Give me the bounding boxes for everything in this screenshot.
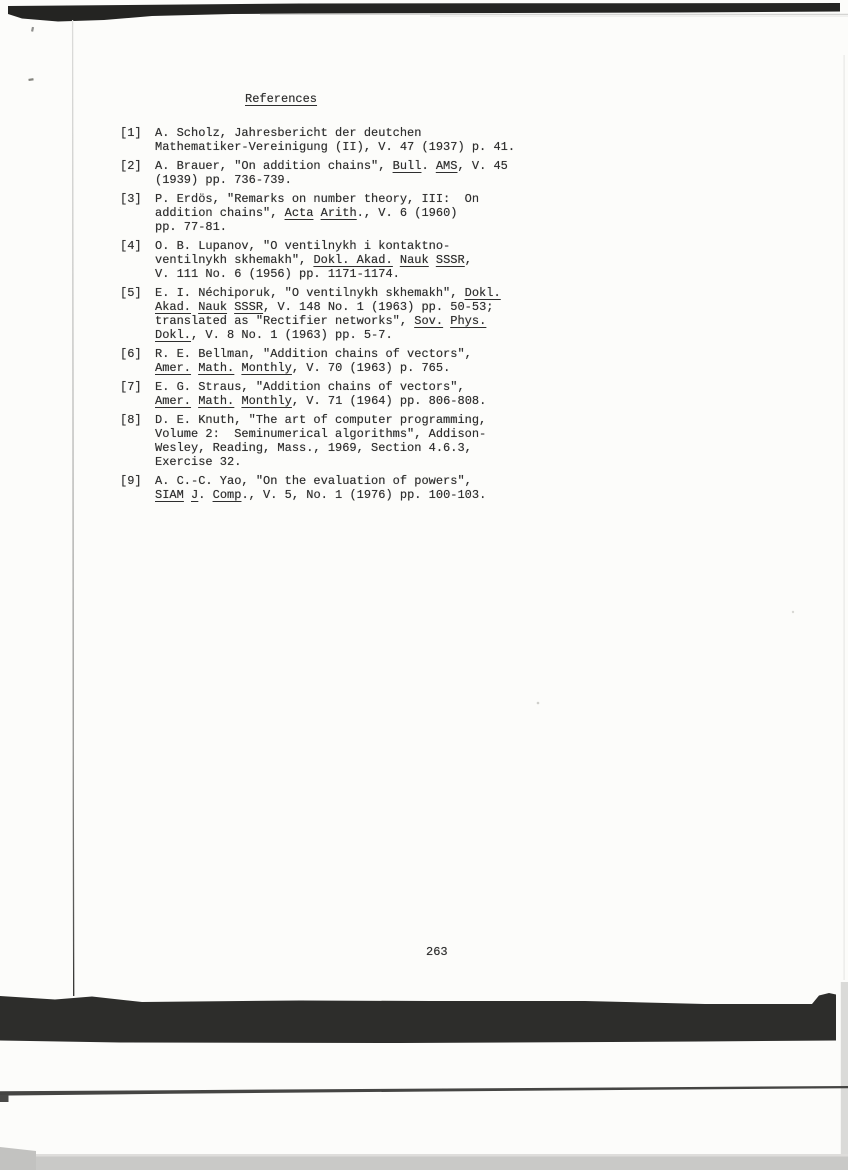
reference-line: Dokl., V. 8 No. 1 (1963) pp. 5-7. (155, 328, 600, 342)
reference-entry: [2]A. Brauer, "On addition chains", Bull… (120, 159, 600, 187)
reference-text-segment (184, 488, 191, 502)
reference-text-segment: pp. 77-81. (155, 220, 227, 234)
reference-label: [8] (120, 413, 155, 469)
reference-text-segment: Nauk (400, 253, 429, 267)
reference-label: [4] (120, 239, 155, 281)
reference-body: R. E. Bellman, "Addition chains of vecto… (155, 347, 600, 375)
reference-text-segment: Dokl. (465, 286, 501, 300)
reference-body: E. G. Straus, "Addition chains of vector… (155, 380, 600, 408)
reference-label: [6] (120, 347, 155, 375)
reference-text-segment: Arith (321, 206, 357, 220)
reference-text-segment: . (198, 488, 212, 502)
reference-text-segment: R. E. Bellman, "Addition chains of vecto… (155, 347, 472, 361)
page-title: References (245, 92, 317, 106)
reference-text-segment: P. Erdös, "Remarks on number theory, III… (155, 192, 479, 206)
reference-text-segment: translated as "Rectifier networks", (155, 314, 414, 328)
page-number: 263 (426, 945, 448, 959)
reference-line: Mathematiker-Vereinigung (II), V. 47 (19… (155, 140, 600, 154)
reference-text-segment: Amer. (155, 361, 191, 375)
reference-text-segment (393, 253, 400, 267)
scanned-page: References [1]A. Scholz, Jahresbericht d… (0, 0, 848, 1170)
reference-line: Volume 2: Seminumerical algorithms", Add… (155, 427, 600, 441)
reference-entry: [9]A. C.-C. Yao, "On the evaluation of p… (120, 474, 600, 502)
reference-text-segment: Math. (198, 361, 234, 375)
reference-body: P. Erdös, "Remarks on number theory, III… (155, 192, 600, 234)
reference-text-segment: addition chains", (155, 206, 285, 220)
reference-text-segment: AMS (436, 159, 458, 173)
reference-label: [9] (120, 474, 155, 502)
reference-line: O. B. Lupanov, "O ventilnykh i kontaktno… (155, 239, 600, 253)
reference-text-segment: Volume 2: Seminumerical algorithms", Add… (155, 427, 486, 441)
reference-entry: [6]R. E. Bellman, "Addition chains of ve… (120, 347, 600, 375)
reference-text-segment: ., V. 5, No. 1 (1976) pp. 100-103. (241, 488, 486, 502)
reference-body: A. Scholz, Jahresbericht der deutchenMat… (155, 126, 600, 154)
reference-text-segment: E. G. Straus, "Addition chains of vector… (155, 380, 465, 394)
reference-entry: [1]A. Scholz, Jahresbericht der deutchen… (120, 126, 600, 154)
reference-text-segment: Amer. (155, 394, 191, 408)
reference-text-segment: , V. 71 (1964) pp. 806-808. (292, 394, 486, 408)
reference-text-segment (429, 253, 436, 267)
reference-line: D. E. Knuth, "The art of computer progra… (155, 413, 600, 427)
reference-text-segment: SSSR (234, 300, 263, 314)
reference-line: R. E. Bellman, "Addition chains of vecto… (155, 347, 600, 361)
reference-text-segment: (1939) pp. 736-739. (155, 173, 292, 187)
reference-line: Akad. Nauk SSSR, V. 148 No. 1 (1963) pp.… (155, 300, 600, 314)
page-content: References [1]A. Scholz, Jahresbericht d… (0, 0, 848, 1170)
reference-text-segment: A. C.-C. Yao, "On the evaluation of powe… (155, 474, 472, 488)
reference-line: translated as "Rectifier networks", Sov.… (155, 314, 600, 328)
reference-line: (1939) pp. 736-739. (155, 173, 600, 187)
reference-entry: [8]D. E. Knuth, "The art of computer pro… (120, 413, 600, 469)
reference-text-segment: ., V. 6 (1960) (357, 206, 458, 220)
reference-text-segment: Sov. (414, 314, 443, 328)
reference-text-segment: Math. (198, 394, 234, 408)
reference-body: E. I. Néchiporuk, "O ventilnykh skhemakh… (155, 286, 600, 342)
reference-line: Wesley, Reading, Mass., 1969, Section 4.… (155, 441, 600, 455)
reference-text-segment: . (421, 159, 435, 173)
reference-line: E. I. Néchiporuk, "O ventilnykh skhemakh… (155, 286, 600, 300)
reference-text-segment: , V. 148 No. 1 (1963) pp. 50-53; (263, 300, 493, 314)
reference-line: addition chains", Acta Arith., V. 6 (196… (155, 206, 600, 220)
reference-body: A. C.-C. Yao, "On the evaluation of powe… (155, 474, 600, 502)
reference-label: [5] (120, 286, 155, 342)
reference-text-segment: Monthly (241, 361, 291, 375)
reference-text-segment: Acta (285, 206, 314, 220)
reference-line: A. Scholz, Jahresbericht der deutchen (155, 126, 600, 140)
reference-text-segment: , V. 45 (457, 159, 507, 173)
reference-text-segment: Comp (213, 488, 242, 502)
reference-line: Exercise 32. (155, 455, 600, 469)
reference-label: [3] (120, 192, 155, 234)
reference-text-segment: Mathematiker-Vereinigung (II), V. 47 (19… (155, 140, 515, 154)
reference-text-segment: SIAM (155, 488, 184, 502)
reference-text-segment: Phys. (450, 314, 486, 328)
reference-text-segment: E. I. Néchiporuk, "O ventilnykh skhemakh… (155, 286, 465, 300)
reference-entry: [5]E. I. Néchiporuk, "O ventilnykh skhem… (120, 286, 600, 342)
reference-body: A. Brauer, "On addition chains", Bull. A… (155, 159, 600, 187)
reference-line: SIAM J. Comp., V. 5, No. 1 (1976) pp. 10… (155, 488, 600, 502)
reference-text-segment: SSSR (436, 253, 465, 267)
reference-text-segment: A. Brauer, "On addition chains", (155, 159, 393, 173)
reference-body: O. B. Lupanov, "O ventilnykh i kontaktno… (155, 239, 600, 281)
reference-list: [1]A. Scholz, Jahresbericht der deutchen… (120, 126, 600, 507)
reference-text-segment: Dokl. (155, 328, 191, 342)
reference-text-segment (313, 206, 320, 220)
reference-text-segment: Bull (393, 159, 422, 173)
reference-text-segment: A. Scholz, Jahresbericht der deutchen (155, 126, 421, 140)
reference-line: pp. 77-81. (155, 220, 600, 234)
reference-label: [7] (120, 380, 155, 408)
reference-line: P. Erdös, "Remarks on number theory, III… (155, 192, 600, 206)
reference-text-segment: V. 111 No. 6 (1956) pp. (155, 267, 328, 281)
reference-line: A. Brauer, "On addition chains", Bull. A… (155, 159, 600, 173)
reference-text-segment (349, 253, 356, 267)
reference-text-segment: Akad. (357, 253, 393, 267)
reference-label: [1] (120, 126, 155, 154)
reference-text-segment: , V. 70 (1963) p. 765. (292, 361, 450, 375)
reference-text-segment: , (465, 253, 472, 267)
reference-text-segment: . (393, 267, 400, 281)
reference-label: [2] (120, 159, 155, 187)
reference-text-segment: Nauk (198, 300, 227, 314)
reference-line: Amer. Math. Monthly, V. 70 (1963) p. 765… (155, 361, 600, 375)
reference-text-segment: , V. 8 No. 1 (1963) pp. 5-7. (191, 328, 393, 342)
reference-text-segment: D. E. Knuth, "The art of computer progra… (155, 413, 486, 427)
reference-text-segment: ventilnykh skhemakh", (155, 253, 313, 267)
reference-text-segment: Dokl. (313, 253, 349, 267)
reference-text-segment: O. B. Lupanov, "O ventilnykh i kontaktno… (155, 239, 450, 253)
reference-entry: [4]O. B. Lupanov, "O ventilnykh i kontak… (120, 239, 600, 281)
reference-body: D. E. Knuth, "The art of computer progra… (155, 413, 600, 469)
reference-line: E. G. Straus, "Addition chains of vector… (155, 380, 600, 394)
reference-text-segment: Akad. (155, 300, 191, 314)
reference-line: V. 111 No. 6 (1956) pp. 1171-1174. (155, 267, 600, 281)
reference-text-segment: Monthly (241, 394, 291, 408)
reference-text-segment: Exercise 32. (155, 455, 241, 469)
reference-line: ventilnykh skhemakh", Dokl. Akad. Nauk S… (155, 253, 600, 267)
reference-entry: [7]E. G. Straus, "Addition chains of vec… (120, 380, 600, 408)
reference-line: A. C.-C. Yao, "On the evaluation of powe… (155, 474, 600, 488)
reference-entry: [3]P. Erdös, "Remarks on number theory, … (120, 192, 600, 234)
reference-text-segment: 1171-1174 (328, 267, 393, 281)
reference-text-segment: Wesley, Reading, Mass., 1969, Section 4.… (155, 441, 472, 455)
reference-line: Amer. Math. Monthly, V. 71 (1964) pp. 80… (155, 394, 600, 408)
